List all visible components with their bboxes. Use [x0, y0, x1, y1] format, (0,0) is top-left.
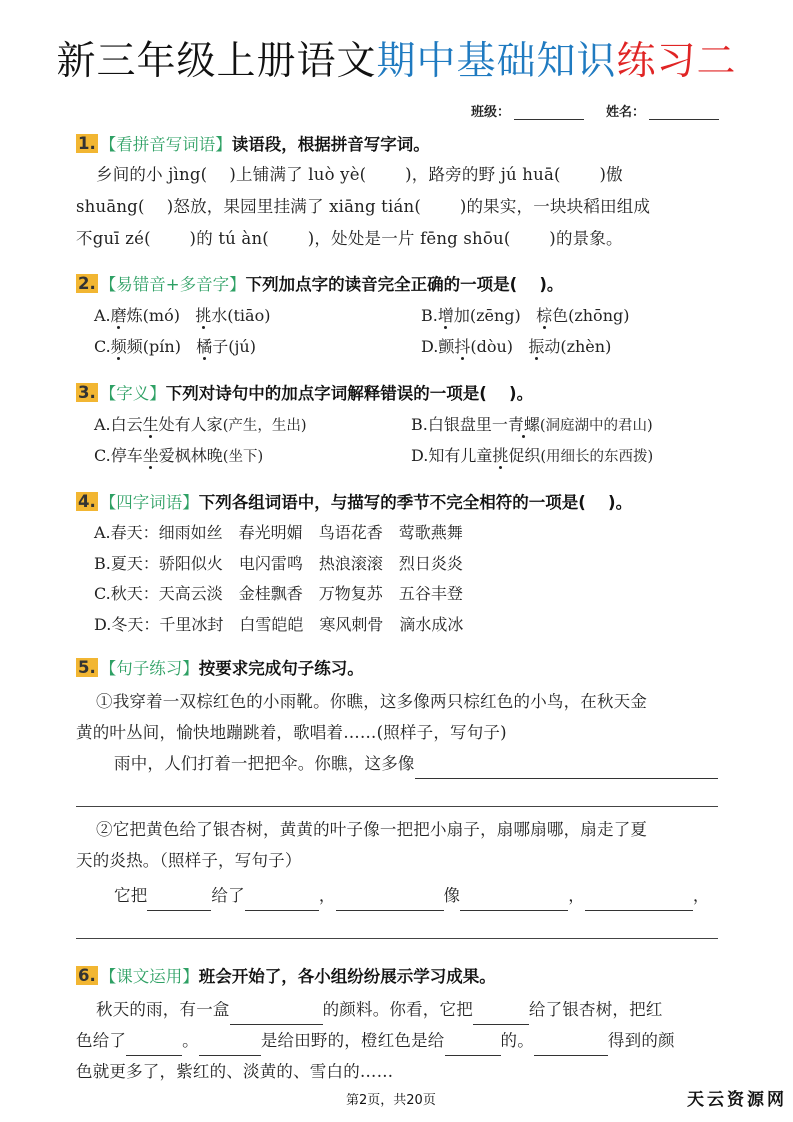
passage-line[interactable]: 不guī zé( )的 tú àn( )，处处是一片 fēng shōu( )的…: [76, 223, 718, 254]
option-d[interactable]: D.冬天：千里冰封白雪皑皑寒风刺骨滴水成冰: [94, 610, 718, 641]
question-prompt: 下列加点字的读音完全正确的一项是( )。: [246, 271, 564, 295]
answer-blank[interactable]: [230, 1004, 323, 1025]
question-prompt: 下列各组词语中，与描写的季节不完全相符的一项是( )。: [199, 489, 632, 513]
name-field[interactable]: 姓名：: [606, 101, 719, 120]
answer-line[interactable]: [76, 806, 718, 807]
option-d[interactable]: D.颤抖(dòu) 振动(zhèn): [421, 331, 736, 362]
option-a[interactable]: A.磨炼(mó) 挑水(tiāo): [94, 300, 421, 331]
answer-blank[interactable]: [336, 890, 444, 911]
options-grid: A.白云生处有人家(产生，生出) B.白银盘里一青螺(洞庭湖中的君山) C.停车…: [76, 409, 718, 471]
option-b[interactable]: B.夏天：骄阳似火电闪雷鸣热浪滚滚烈日炎炎: [94, 549, 718, 580]
passage-line: 色就更多了，紫红的、淡黄的、雪白的……: [76, 1056, 718, 1087]
student-info: 班级： 姓名：: [471, 101, 719, 120]
fill-sentence: 它把 给了 ， 像 ， ，: [76, 880, 718, 911]
question-tag: 【课文运用】: [100, 963, 199, 987]
question-5: 5. 【句子练习】 按要求完成句子练习。 ①我穿着一双棕红色的小雨靴。你瞧，这多…: [76, 653, 718, 779]
question-tag: 【四字词语】: [100, 489, 199, 513]
option-a[interactable]: A.白云生处有人家(产生，生出): [94, 409, 411, 440]
question-prompt: 读语段，根据拼音写字词。: [232, 131, 430, 155]
example-sentence: 黄的叶丛间，愉快地蹦跳着，歌唱着……(照样子，写句子): [76, 717, 718, 748]
fill-sentence: 雨中，人们打着一把把伞。你瞧，这多像: [76, 748, 718, 779]
question-header: 3. 【字义】 下列对诗句中的加点字词解释错误的一项是( )。: [76, 378, 718, 406]
passage-line: 秋天的雨，有一盒 的颜料。你看，它把 给了银杏树，把红: [76, 994, 718, 1025]
answer-blank[interactable]: [199, 1035, 261, 1056]
question-4: 4. 【四字词语】 下列各组词语中，与描写的季节不完全相符的一项是( )。 A.…: [76, 487, 718, 640]
answer-blank[interactable]: [445, 1035, 501, 1056]
question-header: 5. 【句子练习】 按要求完成句子练习。: [76, 653, 718, 681]
options-list: A.春天：细雨如丝春光明媚鸟语花香莺歌燕舞 B.夏天：骄阳似火电闪雷鸣热浪滚滚烈…: [76, 518, 718, 640]
question-header: 1. 【看拼音写词语】 读语段，根据拼音写字词。: [76, 129, 718, 157]
question-number: 2.: [76, 274, 98, 293]
passage-line[interactable]: shuāng( )怒放，果园里挂满了 xiāng tián( )的果实，一块块稻…: [76, 191, 718, 222]
question-tag: 【看拼音写词语】: [100, 131, 232, 155]
document-title: 新三年级上册语文期中基础知识练习二: [0, 38, 793, 86]
question-6: 6. 【课文运用】 班会开始了，各小组纷纷展示学习成果。 秋天的雨，有一盒 的颜…: [76, 961, 718, 1087]
name-blank[interactable]: [649, 105, 719, 120]
brand-watermark: 天云资源网: [687, 1085, 787, 1110]
answer-blank[interactable]: [415, 756, 718, 779]
option-a[interactable]: A.春天：细雨如丝春光明媚鸟语花香莺歌燕舞: [94, 518, 718, 549]
question-header: 6. 【课文运用】 班会开始了，各小组纷纷展示学习成果。: [76, 961, 718, 989]
passage-line[interactable]: 乡间的小 jìng( )上铺满了 luò yè( )，路旁的野 jú huā( …: [76, 159, 718, 190]
question-number: 6.: [76, 966, 98, 985]
title-part-grade: 新三年级上册语文: [56, 39, 376, 84]
class-field[interactable]: 班级：: [471, 101, 584, 120]
question-header: 4. 【四字词语】 下列各组词语中，与描写的季节不完全相符的一项是( )。: [76, 487, 718, 515]
question-number: 5.: [76, 658, 98, 677]
question-tag: 【易错音+多音字】: [100, 271, 246, 295]
question-header: 2. 【易错音+多音字】 下列加点字的读音完全正确的一项是( )。: [76, 269, 718, 297]
question-2: 2. 【易错音+多音字】 下列加点字的读音完全正确的一项是( )。 A.磨炼(m…: [76, 269, 718, 362]
option-d[interactable]: D.知有儿童挑促织(用细长的东西拨): [411, 440, 736, 471]
question-3: 3. 【字义】 下列对诗句中的加点字词解释错误的一项是( )。 A.白云生处有人…: [76, 378, 718, 471]
answer-blank[interactable]: [473, 1004, 529, 1025]
title-part-topic: 期中基础知识: [376, 39, 616, 84]
option-c[interactable]: C.秋天：天高云淡金桂飘香万物复苏五谷丰登: [94, 579, 718, 610]
question-1: 1. 【看拼音写词语】 读语段，根据拼音写字词。 乡间的小 jìng( )上铺满…: [76, 129, 718, 254]
class-blank[interactable]: [514, 105, 584, 120]
question-number: 3.: [76, 383, 98, 402]
option-b[interactable]: B.白银盘里一青螺(洞庭湖中的君山): [411, 409, 736, 440]
question-5-part-2: ②它把黄色给了银杏树，黄黄的叶子像一把把小扇子，扇哪扇哪，扇走了夏 天的炎热。（…: [76, 814, 718, 911]
answer-blank[interactable]: [147, 890, 211, 911]
passage-line: 色给了 。 是给田野的，橙红色是给 的。 得到的颜: [76, 1025, 718, 1056]
example-sentence: ②它把黄色给了银杏树，黄黄的叶子像一把把小扇子，扇哪扇哪，扇走了夏: [76, 814, 718, 845]
answer-blank[interactable]: [460, 890, 568, 911]
example-sentence: ①我穿着一双棕红色的小雨靴。你瞧，这多像两只棕红色的小鸟，在秋天金: [76, 686, 718, 717]
option-b[interactable]: B.增加(zēng) 棕色(zhōng): [421, 300, 736, 331]
question-number: 4.: [76, 492, 98, 511]
answer-line[interactable]: [76, 938, 718, 939]
question-number: 1.: [76, 134, 98, 153]
option-c[interactable]: C.频频(pín) 橘子(jú): [94, 331, 421, 362]
question-tag: 【字义】: [100, 380, 166, 404]
question-tag: 【句子练习】: [100, 655, 199, 679]
question-prompt: 下列对诗句中的加点字词解释错误的一项是( )。: [166, 380, 533, 404]
options-grid: A.磨炼(mó) 挑水(tiāo) B.增加(zēng) 棕色(zhōng) C…: [76, 300, 718, 362]
answer-blank[interactable]: [534, 1035, 608, 1056]
option-c[interactable]: C.停车坐爱枫林晚(坐下): [94, 440, 411, 471]
title-part-exercise: 练习二: [617, 39, 737, 84]
answer-blank[interactable]: [245, 890, 319, 911]
question-prompt: 按要求完成句子练习。: [199, 655, 364, 679]
example-sentence: 天的炎热。（照样子，写句子）: [76, 845, 718, 876]
answer-blank[interactable]: [585, 890, 693, 911]
page-number: 第2页，共20页: [346, 1089, 436, 1108]
answer-blank[interactable]: [126, 1035, 182, 1056]
question-prompt: 班会开始了，各小组纷纷展示学习成果。: [199, 963, 496, 987]
